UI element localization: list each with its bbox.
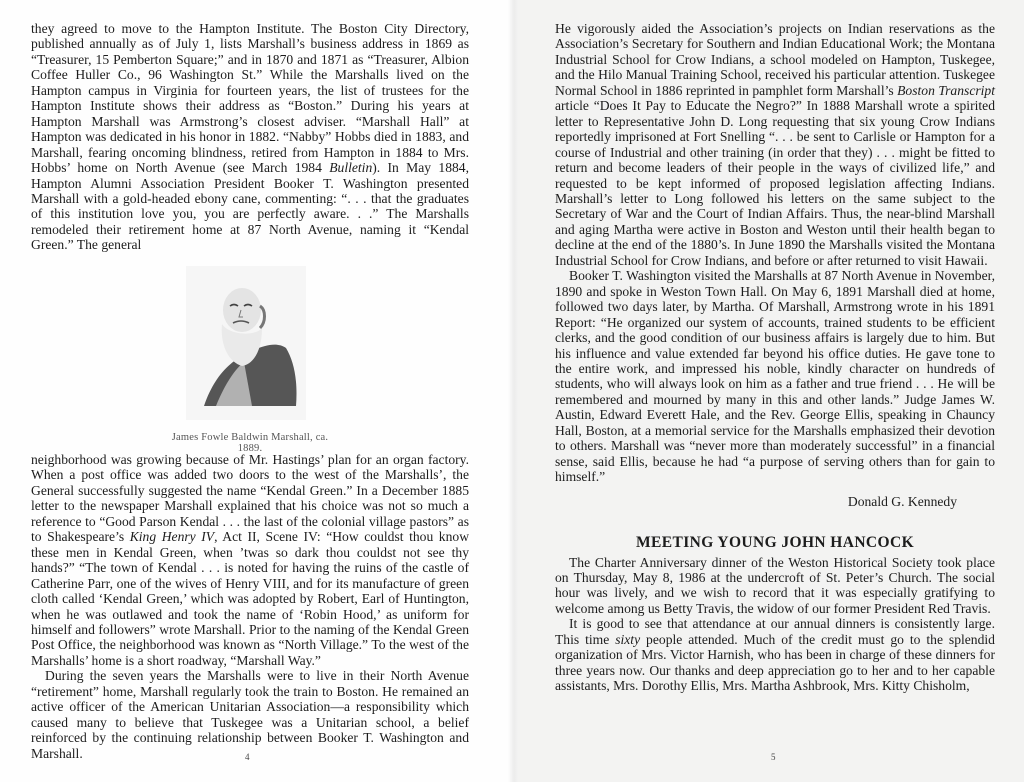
- paragraph: He vigorously aided the Association’s pr…: [555, 21, 995, 268]
- italic-text: Bulletin: [329, 160, 372, 175]
- right-text: He vigorously aided the Association’s pr…: [555, 21, 995, 694]
- figure-caption: James Fowle Baldwin Marshall, ca. 1889.: [160, 432, 340, 454]
- left-page: they agreed to move to the Hampton Insti…: [0, 0, 514, 782]
- paragraph: Booker T. Washington visited the Marshal…: [555, 268, 995, 484]
- paragraph: neighborhood was growing because of Mr. …: [31, 452, 469, 668]
- left-bottom-text: neighborhood was growing because of Mr. …: [31, 452, 469, 761]
- italic-text: Boston Transcript: [897, 83, 995, 98]
- book-gutter: [508, 0, 518, 782]
- text-run: article “Does It Pay to Educate the Negr…: [555, 98, 995, 268]
- portrait-photo: [186, 266, 306, 420]
- italic-text: King Henry IV: [130, 529, 214, 544]
- text-run: they agreed to move to the Hampton Insti…: [31, 21, 469, 175]
- author-signature: Donald G. Kennedy: [555, 494, 995, 509]
- section-title: MEETING YOUNG JOHN HANCOCK: [555, 535, 995, 550]
- paragraph: During the seven years the Marshalls wer…: [31, 668, 469, 761]
- page-number: 5: [771, 752, 776, 762]
- paragraph: It is good to see that attendance at our…: [555, 616, 995, 693]
- left-top-text: they agreed to move to the Hampton Insti…: [31, 21, 469, 253]
- italic-text: sixty: [615, 632, 640, 647]
- right-page: He vigorously aided the Association’s pr…: [514, 0, 1024, 782]
- portrait-figure: [186, 266, 306, 420]
- paragraph: The Charter Anniversary dinner of the We…: [555, 555, 995, 617]
- paragraph: they agreed to move to the Hampton Insti…: [31, 21, 469, 253]
- text-run: , Act II, Scene IV: “How couldst thou kn…: [31, 529, 469, 668]
- page-number: 4: [245, 752, 250, 762]
